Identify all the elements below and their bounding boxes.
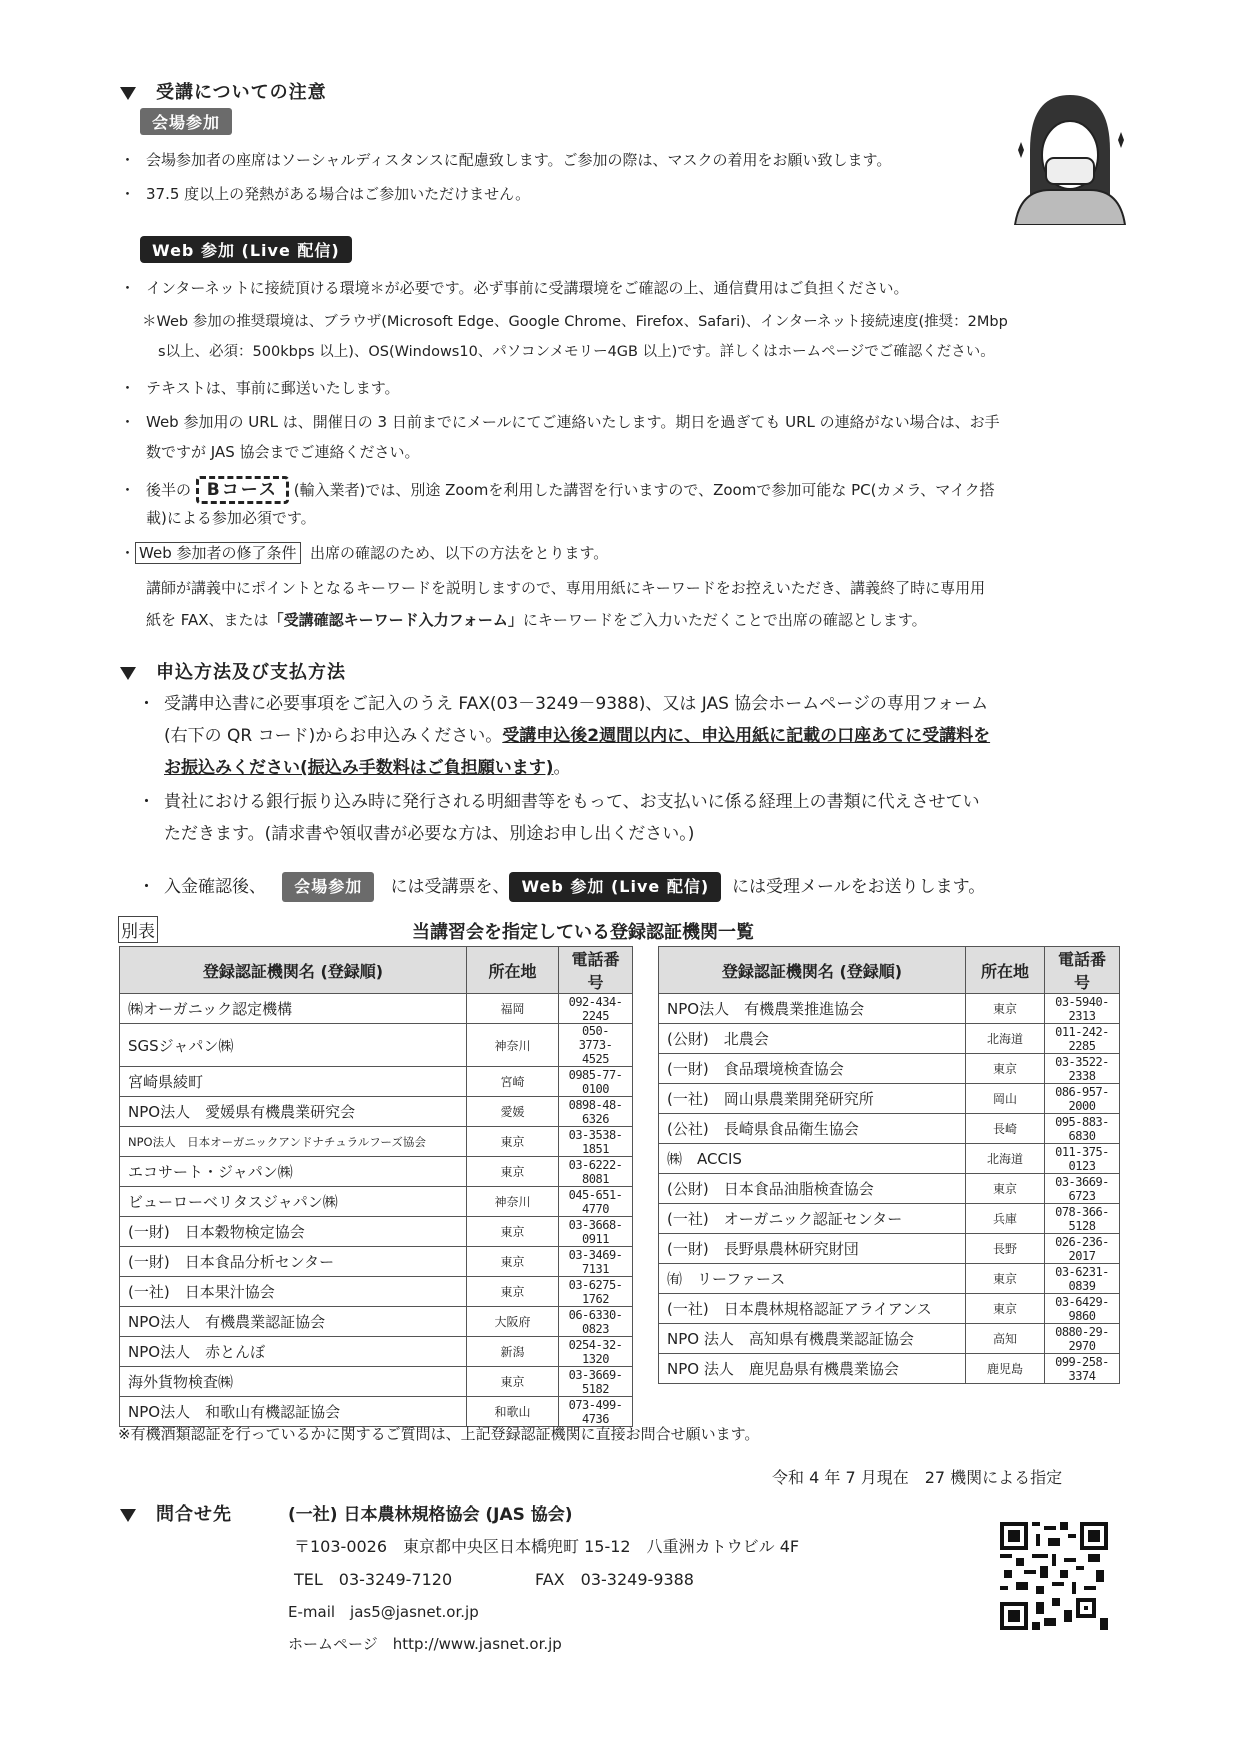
cell-phone: 073-499-4736: [559, 1397, 633, 1427]
cell-phone: 0898-48-6326: [559, 1097, 633, 1127]
cell-location: 東京: [467, 1277, 559, 1307]
table-row: ㈲ リーファース東京03-6231-0839: [659, 1264, 1120, 1294]
web-item-1: ・インターネットに接続頂ける環境＊が必要です。必ず事前に受講環境をご確認の上、通…: [120, 278, 908, 298]
cell-location: 東京: [966, 1174, 1045, 1204]
notes-heading: 受講についての注意: [120, 78, 327, 104]
completion-line-2: 紙を FAX、または「受講確認キーワード入力フォーム」にキーワードをご入力いただ…: [146, 610, 927, 630]
header-name: 登録認証機関名 (登録順): [120, 947, 467, 994]
contact-org: (一社) 日本農林規格協会 (JAS 協会): [288, 1500, 573, 1525]
contact-email[interactable]: E-mail jas5@jasnet.or.jp: [288, 1602, 479, 1622]
cell-phone: 0985-77-0100: [559, 1067, 633, 1097]
table-row: SGSジャパン㈱神奈川050-3773-4525: [120, 1024, 633, 1067]
cell-name: (一社) オーガニック認証センター: [659, 1204, 966, 1234]
venue-item-2: ・37.5 度以上の発熱がある場合はご参加いただけません。: [120, 184, 530, 204]
web-item-2: ・テキストは、事前に郵送いたします。: [120, 378, 400, 398]
certifier-table-right: 登録認証機関名 (登録順) 所在地 電話番号 NPO法人 有機農業推進協会東京0…: [658, 946, 1120, 1384]
table-row: (一社) 日本果汁協会東京03-6275-1762: [120, 1277, 633, 1307]
cell-name: 海外貨物検査㈱: [120, 1367, 467, 1397]
cell-phone: 078-366-5128: [1045, 1204, 1120, 1234]
table-row: 宮崎県綾町宮崎0985-77-0100: [120, 1067, 633, 1097]
completion-label: Web 参加者の修了条件: [135, 542, 300, 564]
b-course-label: Bコース: [196, 476, 289, 504]
cell-phone: 03-3469-7131: [559, 1247, 633, 1277]
table-row: (一社) 岡山県農業開発研究所岡山086-957-2000: [659, 1084, 1120, 1114]
cell-phone: 045-651-4770: [559, 1187, 633, 1217]
cell-phone: 03-3669-5182: [559, 1367, 633, 1397]
cell-name: (公財) 日本食品油脂検査協会: [659, 1174, 966, 1204]
table-row: (公社) 長崎県食品衛生協会長崎095-883-6830: [659, 1114, 1120, 1144]
cell-name: NPO法人 赤とんぼ: [120, 1337, 467, 1367]
contact-tel: TEL 03-3249-7120: [294, 1570, 452, 1590]
table-row: (一社) オーガニック認証センター兵庫078-366-5128: [659, 1204, 1120, 1234]
cell-name: NPO法人 有機農業認証協会: [120, 1307, 467, 1337]
cell-name: (一社) 日本農林規格認証アライアンス: [659, 1294, 966, 1324]
cell-name: ビューローベリタスジャパン㈱: [120, 1187, 467, 1217]
triangle-down-icon: [120, 1509, 136, 1522]
table-row: ㈱ ACCIS北海道011-375-0123: [659, 1144, 1120, 1174]
cell-phone: 03-6231-0839: [1045, 1264, 1120, 1294]
cell-location: 東京: [966, 994, 1045, 1024]
cell-name: NPO法人 愛媛県有機農業研究会: [120, 1097, 467, 1127]
apply-item-1-cont: (右下の QR コード)からお申込みください。受講申込後2週間以内に、申込用紙に…: [164, 724, 990, 748]
header-phone: 電話番号: [1045, 947, 1120, 994]
completion-condition: ・Web 参加者の修了条件 出席の確認のため、以下の方法をとります。: [120, 542, 608, 564]
cell-phone: 03-6222-8081: [559, 1157, 633, 1187]
cell-name: (一財) 日本穀物検定協会: [120, 1217, 467, 1247]
cell-location: 東京: [467, 1127, 559, 1157]
cell-location: 高知: [966, 1324, 1045, 1354]
cell-phone: 06-6330-0823: [559, 1307, 633, 1337]
header-name: 登録認証機関名 (登録順): [659, 947, 966, 994]
triangle-down-icon: [120, 667, 136, 680]
contact-heading: 問合せ先: [120, 1500, 232, 1526]
web-env-note-2: s以上、必須：500kbps 以上)、OS(Windows10、パソコンメモリー…: [158, 342, 995, 362]
cell-phone: 026-236-2017: [1045, 1234, 1120, 1264]
table-title: 当講習会を指定している登録認証機関一覧: [412, 918, 754, 944]
appendix-tag: 別表: [118, 916, 158, 943]
header-location: 所在地: [467, 947, 559, 994]
cell-location: 福岡: [467, 994, 559, 1024]
header-phone: 電話番号: [559, 947, 633, 994]
web-item-3-cont: 数ですが JAS 協会までご連絡ください。: [146, 442, 419, 462]
table-row: (一財) 日本食品分析センター東京03-3469-7131: [120, 1247, 633, 1277]
cell-phone: 03-5940-2313: [1045, 994, 1120, 1024]
web-item-4-cont: 載)による参加必須です。: [146, 508, 316, 528]
apply-item-2-cont: ただきます。(請求書や領収書が必要な方は、別途お申し出ください。): [164, 822, 694, 846]
table-row: NPO 法人 鹿児島県有機農業協会鹿児島099-258-3374: [659, 1354, 1120, 1384]
cell-name: NPO法人 日本オーガニックアンドナチュラルフーズ協会: [120, 1127, 467, 1157]
venue-badge: 会場参加: [140, 108, 232, 135]
cell-location: 神奈川: [467, 1024, 559, 1067]
cell-location: 北海道: [966, 1144, 1045, 1174]
cell-location: 東京: [966, 1294, 1045, 1324]
cell-location: 東京: [467, 1217, 559, 1247]
cell-location: 愛媛: [467, 1097, 559, 1127]
cell-phone: 095-883-6830: [1045, 1114, 1120, 1144]
cell-phone: 0254-32-1320: [559, 1337, 633, 1367]
table-row: エコサート・ジャパン㈱東京03-6222-8081: [120, 1157, 633, 1187]
web-item-4: ・後半の Bコース (輸入業者)では、別途 Zoomを利用した講習を行いますので…: [120, 476, 995, 504]
table-row: ビューローベリタスジャパン㈱神奈川045-651-4770: [120, 1187, 633, 1217]
contact-homepage[interactable]: ホームページ http://www.jasnet.or.jp: [288, 1634, 562, 1654]
table-row: (一社) 日本農林規格認証アライアンス東京03-6429-9860: [659, 1294, 1120, 1324]
cell-phone: 03-3669-6723: [1045, 1174, 1120, 1204]
apply-item-1-cont2: お振込みください(振込み手数料はご負担願います)。: [164, 756, 571, 780]
apply-item-2: ・貴社における銀行振り込み時に発行される明細書等をもって、お支払いに係る経理上の…: [138, 790, 980, 814]
cell-location: 和歌山: [467, 1397, 559, 1427]
cell-location: 大阪府: [467, 1307, 559, 1337]
cell-name: ㈱ ACCIS: [659, 1144, 966, 1174]
table-row: ㈱オーガニック認定機構福岡092-434-2245: [120, 994, 633, 1024]
cell-phone: 092-434-2245: [559, 994, 633, 1024]
cell-name: エコサート・ジャパン㈱: [120, 1157, 467, 1187]
cell-name: ㈱オーガニック認定機構: [120, 994, 467, 1024]
table-row: NPO 法人 高知県有機農業認証協会高知0880-29-2970: [659, 1324, 1120, 1354]
cell-name: NPO 法人 鹿児島県有機農業協会: [659, 1354, 966, 1384]
cell-name: (公財) 北農会: [659, 1024, 966, 1054]
cell-location: 岡山: [966, 1084, 1045, 1114]
apply-item-1: ・受講申込書に必要事項をご記入のうえ FAX(03－3249－9388)、又は …: [138, 692, 988, 716]
table-row: NPO法人 愛媛県有機農業研究会愛媛0898-48-6326: [120, 1097, 633, 1127]
certifier-table-left: 登録認証機関名 (登録順) 所在地 電話番号 ㈱オーガニック認定機構福岡092-…: [119, 946, 633, 1427]
cell-location: 長崎: [966, 1114, 1045, 1144]
cell-location: 宮崎: [467, 1067, 559, 1097]
cell-name: NPO 法人 高知県有機農業認証協会: [659, 1324, 966, 1354]
cell-name: (公社) 長崎県食品衛生協会: [659, 1114, 966, 1144]
cell-location: 東京: [467, 1367, 559, 1397]
venue-item-1: ・会場参加者の座席はソーシャルディスタンスに配慮致します。ご参加の際は、マスクの…: [120, 150, 891, 170]
cell-name: NPO法人 有機農業推進協会: [659, 994, 966, 1024]
table-row: (一財) 長野県農林研究財団長野026-236-2017: [659, 1234, 1120, 1264]
cell-name: (一財) 食品環境検査協会: [659, 1054, 966, 1084]
table-row: (公財) 北農会北海道011-242-2285: [659, 1024, 1120, 1054]
as-of-date: 令和 4 年 7 月現在 27 機関による指定: [772, 1468, 1062, 1488]
table-row: (一財) 食品環境検査協会東京03-3522-2338: [659, 1054, 1120, 1084]
cell-name: 宮崎県綾町: [120, 1067, 467, 1097]
cell-location: 北海道: [966, 1024, 1045, 1054]
cell-location: 長野: [966, 1234, 1045, 1264]
cell-phone: 011-375-0123: [1045, 1144, 1120, 1174]
cell-phone: 011-242-2285: [1045, 1024, 1120, 1054]
completion-line-1: 講師が講義中にポイントとなるキーワードを説明しますので、専用用紙にキーワードをお…: [146, 578, 985, 598]
web-item-3: ・Web 参加用の URL は、開催日の 3 日前までにメールにてご連絡いたしま…: [120, 412, 1000, 432]
qr-code[interactable]: [1000, 1522, 1108, 1630]
cell-phone: 050-3773-4525: [559, 1024, 633, 1067]
header-location: 所在地: [966, 947, 1045, 994]
contact-address: 〒103-0026 東京都中央区日本橋兜町 15-12 八重洲カトウビル 4F: [294, 1537, 799, 1557]
cell-name: (一財) 長野県農林研究財団: [659, 1234, 966, 1264]
table-row: NPO法人 日本オーガニックアンドナチュラルフーズ協会東京03-3538-185…: [120, 1127, 633, 1157]
cell-name: (一社) 岡山県農業開発研究所: [659, 1084, 966, 1114]
apply-heading: 申込方法及び支払方法: [120, 658, 346, 684]
cell-name: ㈲ リーファース: [659, 1264, 966, 1294]
cell-phone: 03-6429-9860: [1045, 1294, 1120, 1324]
cell-location: 神奈川: [467, 1187, 559, 1217]
table-footnote: ※有機酒類認証を行っているかに関するご質問は、上記登録認証機関に直接お問合せ願い…: [118, 1424, 759, 1444]
cell-location: 東京: [467, 1157, 559, 1187]
table-row: NPO法人 赤とんぼ新潟0254-32-1320: [120, 1337, 633, 1367]
cell-location: 新潟: [467, 1337, 559, 1367]
masked-person-illustration: [1010, 90, 1130, 225]
cell-phone: 03-3522-2338: [1045, 1054, 1120, 1084]
table-row: (一財) 日本穀物検定協会東京03-3668-0911: [120, 1217, 633, 1247]
cell-location: 東京: [966, 1054, 1045, 1084]
cell-location: 東京: [966, 1264, 1045, 1294]
cell-location: 兵庫: [966, 1204, 1045, 1234]
cell-name: SGSジャパン㈱: [120, 1024, 467, 1067]
cell-location: 鹿児島: [966, 1354, 1045, 1384]
cell-name: (一社) 日本果汁協会: [120, 1277, 467, 1307]
cell-location: 東京: [467, 1247, 559, 1277]
table-row: (公財) 日本食品油脂検査協会東京03-3669-6723: [659, 1174, 1120, 1204]
contact-fax: FAX 03-3249-9388: [535, 1570, 694, 1590]
table-row: NPO法人 有機農業認証協会大阪府06-6330-0823: [120, 1307, 633, 1337]
web-env-note-1: ＊Web 参加の推奨環境は、ブラウザ(Microsoft Edge、Google…: [142, 312, 1008, 332]
cell-name: (一財) 日本食品分析センター: [120, 1247, 467, 1277]
triangle-down-icon: [120, 87, 136, 100]
table-row: 海外貨物検査㈱東京03-3669-5182: [120, 1367, 633, 1397]
table-row: NPO法人 有機農業推進協会東京03-5940-2313: [659, 994, 1120, 1024]
cell-phone: 03-3538-1851: [559, 1127, 633, 1157]
cell-phone: 0880-29-2970: [1045, 1324, 1120, 1354]
cell-phone: 03-6275-1762: [559, 1277, 633, 1307]
cell-phone: 03-3668-0911: [559, 1217, 633, 1247]
cell-phone: 086-957-2000: [1045, 1084, 1120, 1114]
web-badge: Web 参加 (Live 配信): [140, 236, 352, 263]
table-row: NPO法人 和歌山有機認証協会和歌山073-499-4736: [120, 1397, 633, 1427]
cell-name: NPO法人 和歌山有機認証協会: [120, 1397, 467, 1427]
apply-item-3: ・入金確認後、 会場参加 には受講票を、Web 参加 (Live 配信) には受…: [138, 872, 985, 902]
cell-phone: 099-258-3374: [1045, 1354, 1120, 1384]
